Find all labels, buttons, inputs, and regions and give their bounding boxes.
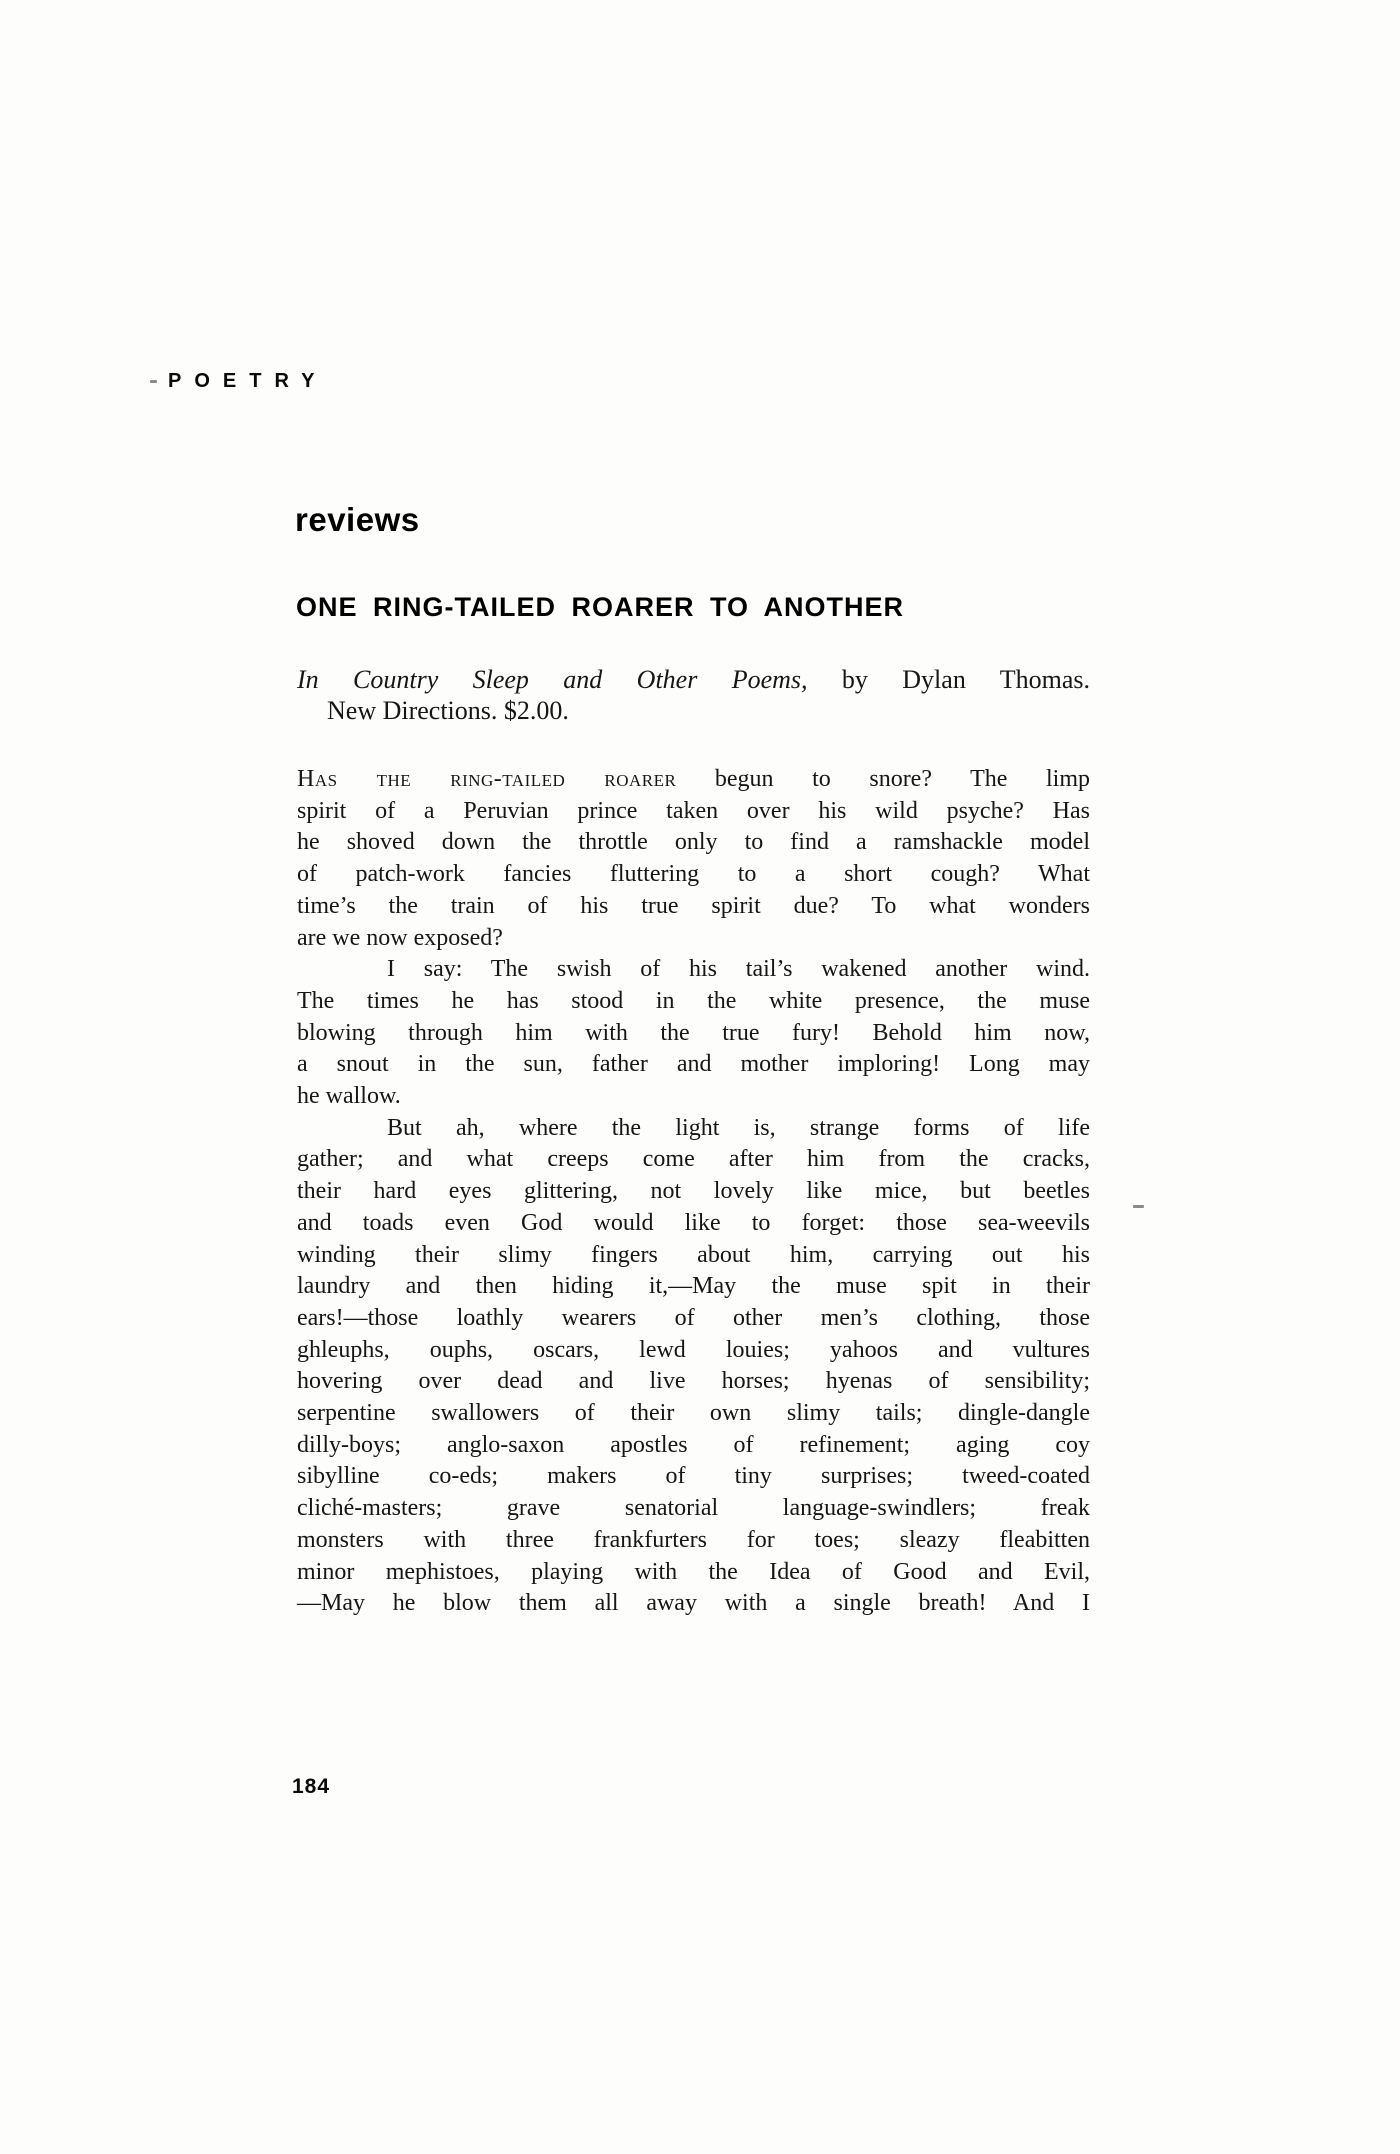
- body-line: cliché-masters; grave senatorial languag…: [297, 1493, 1090, 1525]
- journal-header: POETRY: [168, 370, 328, 393]
- body-line: gather; and what creeps come after him f…: [297, 1144, 1090, 1176]
- body-line: are we now exposed?: [297, 923, 1090, 955]
- body-line: winding their slimy fingers about him, c…: [297, 1240, 1090, 1272]
- body-line: he shoved down the throttle only to find…: [297, 827, 1090, 859]
- citation-line-2: New Directions. $2.00.: [297, 695, 1090, 726]
- citation-line-1: In Country Sleep and Other Poems, by Dyl…: [297, 664, 1090, 695]
- scan-artifact-mark: [150, 380, 157, 383]
- body-line: he wallow.: [297, 1081, 1090, 1113]
- body-line: laundry and then hiding it,—May the muse…: [297, 1271, 1090, 1303]
- review-body: Has the ring-tailed roarer begun to snor…: [297, 764, 1090, 1620]
- article-title: ONE RING-TAILED ROARER TO ANOTHER: [296, 592, 904, 623]
- body-line: and toads even God would like to forget:…: [297, 1208, 1090, 1240]
- scanned-page: POETRY reviews ONE RING-TAILED ROARER TO…: [0, 0, 1400, 2154]
- scan-artifact-mark: [1133, 1205, 1144, 1208]
- section-heading: reviews: [295, 501, 420, 539]
- book-title: In Country Sleep and Other Poems,: [297, 665, 808, 694]
- body-line: time’s the train of his true spirit due?…: [297, 891, 1090, 923]
- body-line: monsters with three frankfurters for toe…: [297, 1525, 1090, 1557]
- body-line: minor mephistoes, playing with the Idea …: [297, 1557, 1090, 1589]
- body-line: Has the ring-tailed roarer begun to snor…: [297, 764, 1090, 796]
- body-line: their hard eyes glittering, not lovely l…: [297, 1176, 1090, 1208]
- body-line: ears!—those loathly wearers of other men…: [297, 1303, 1090, 1335]
- body-line: hovering over dead and live horses; hyen…: [297, 1366, 1090, 1398]
- body-line: —May he blow them all away with a single…: [297, 1588, 1090, 1620]
- citation-author: by Dylan Thomas.: [808, 665, 1090, 694]
- body-line: serpentine swallowers of their own slimy…: [297, 1398, 1090, 1430]
- body-line: ghleuphs, ouphs, oscars, lewd louies; ya…: [297, 1335, 1090, 1367]
- body-line: blowing through him with the true fury! …: [297, 1018, 1090, 1050]
- book-citation: In Country Sleep and Other Poems, by Dyl…: [297, 664, 1090, 726]
- body-line: I say: The swish of his tail’s wakened a…: [297, 954, 1090, 986]
- body-line: of patch-work fancies fluttering to a sh…: [297, 859, 1090, 891]
- body-line: a snout in the sun, father and mother im…: [297, 1049, 1090, 1081]
- body-line: But ah, where the light is, strange form…: [297, 1113, 1090, 1145]
- body-line: sibylline co-eds; makers of tiny surpris…: [297, 1461, 1090, 1493]
- small-caps-lead-in: Has the ring-tailed roarer: [297, 766, 676, 792]
- body-line: The times he has stood in the white pres…: [297, 986, 1090, 1018]
- page-number: 184: [292, 1775, 330, 1799]
- body-line: spirit of a Peruvian prince taken over h…: [297, 796, 1090, 828]
- body-line: dilly-boys; anglo-saxon apostles of refi…: [297, 1430, 1090, 1462]
